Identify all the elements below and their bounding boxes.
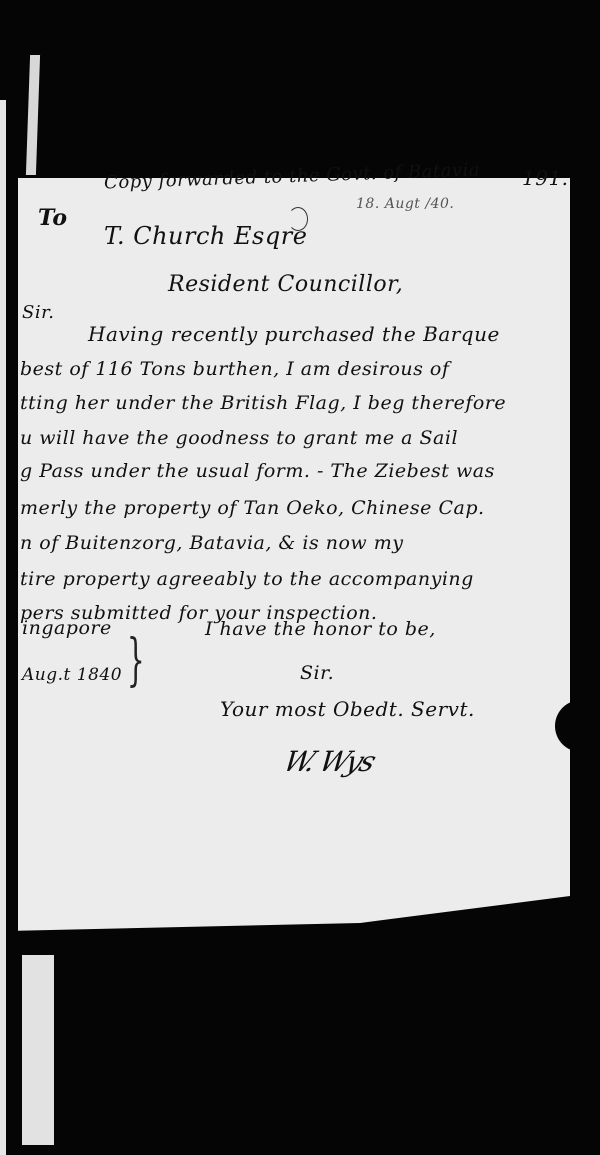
body-line: tire property agreeably to the accompany… bbox=[20, 568, 474, 590]
addressee: T. Church Esqre bbox=[104, 222, 307, 250]
body-line: best of 116 Tons burthen, I am desirous … bbox=[20, 358, 449, 380]
bottom-tab-strip bbox=[22, 955, 54, 1145]
addressee-title: Resident Councillor, bbox=[168, 272, 403, 297]
left-edge-strip bbox=[0, 100, 6, 1155]
left-edge-strip-inner bbox=[26, 55, 40, 175]
signature: W. Wys bbox=[279, 745, 379, 778]
place-date: Aug.t 1840 bbox=[22, 665, 122, 685]
body-line: u will have the goodness to grant me a S… bbox=[20, 427, 458, 449]
body-line: tting her under the British Flag, I beg … bbox=[20, 392, 506, 414]
body-line: g Pass under the usual form. - The Ziebe… bbox=[20, 460, 495, 482]
body-line: Having recently purchased the Barque bbox=[88, 322, 500, 346]
salutation: Sir. bbox=[22, 302, 54, 323]
brace-icon: } bbox=[127, 628, 145, 693]
closing-line: Sir. bbox=[300, 662, 334, 684]
header-date-note: 18. Augt /40. bbox=[356, 196, 454, 212]
body-line: n of Buitenzorg, Batavia, & is now my bbox=[20, 532, 403, 554]
closing-line: I have the honor to be, bbox=[205, 618, 436, 640]
salutation-to: To bbox=[38, 205, 68, 231]
closing-line: Your most Obedt. Servt. bbox=[220, 697, 475, 721]
page-number: 191. bbox=[522, 166, 569, 190]
body-line: merly the property of Tan Oeko, Chinese … bbox=[20, 497, 485, 519]
place: ingapore bbox=[22, 617, 112, 639]
